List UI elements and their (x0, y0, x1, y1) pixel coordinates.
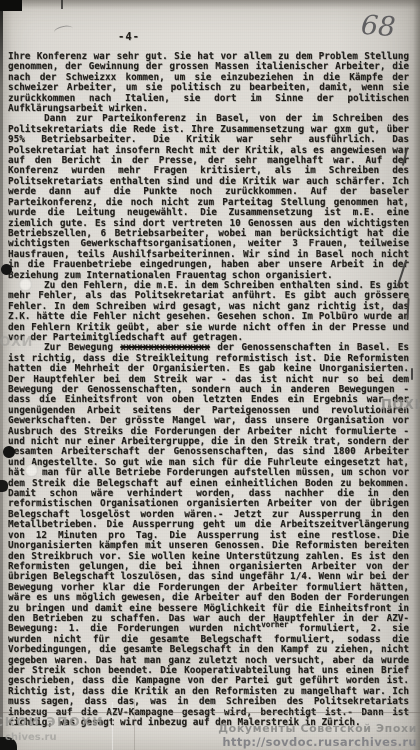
paragraph-2: Dann zur Parteikonferenz in Basel, von d… (8, 114, 409, 281)
punch-hole (19, 278, 32, 291)
watermark-archive-name: Документы Советской Эпохи (218, 722, 417, 735)
watermark-fragment-left: ЭПОХИ (0, 335, 33, 350)
page-number: -4- (118, 31, 140, 43)
paragraph-1: Ihre Konferenz war sehr gut. Sie hat vor… (8, 52, 409, 114)
paper-crease (134, 699, 135, 750)
punch-hole (25, 464, 38, 477)
margin-pencil-mark (406, 298, 409, 320)
watermark-archive-url: http://sovdoc.rusarchives.ru (222, 735, 417, 749)
watermark-fragment-right: ПОХИ (381, 398, 420, 413)
typewritten-body: Ihre Konferenz war sehr gut. Sie hat vor… (8, 52, 409, 728)
paper-crease (112, 702, 113, 750)
paragraph-4-start: Zur Bewegung (44, 342, 120, 353)
paragraph-4-mid: der Genossenschaften in Basel. Es ist ri… (8, 342, 409, 634)
punch-hole-ink (3, 446, 15, 458)
page-crease-line (0, 712, 420, 713)
inserted-word: vorher (261, 620, 288, 629)
folio-number-handwritten: 68 (360, 10, 396, 43)
pencil-squiggle (53, 24, 73, 37)
scan-corner-artifact-top-left (0, 0, 22, 11)
scanned-document-page: -4- 68 Ihre Konferenz war sehr gut. Sie … (0, 0, 420, 750)
paragraph-3: Zu den Fehlern, die m.E. in dem Schreibe… (8, 281, 409, 343)
watermark-fragment-bottom-left-url: chives.ru (5, 732, 57, 743)
scan-edge-notch (61, 0, 63, 9)
struck-out-text: xxxxxxxxxxxxxxxx (120, 342, 210, 353)
punch-hole-ink (0, 480, 8, 492)
scan-left-edge (0, 0, 3, 750)
paragraph-4: Zur Bewegung xxxxxxxxxxxxxxxx der Genoss… (8, 343, 409, 728)
punch-hole-ink (1, 264, 12, 275)
scan-top-shadow (0, 0, 420, 9)
margin-pencil-mark (411, 368, 413, 380)
watermark-fragment-bottom-left: СКОЙ ЭПОХИ (0, 714, 104, 729)
scan-right-edge (413, 0, 420, 750)
